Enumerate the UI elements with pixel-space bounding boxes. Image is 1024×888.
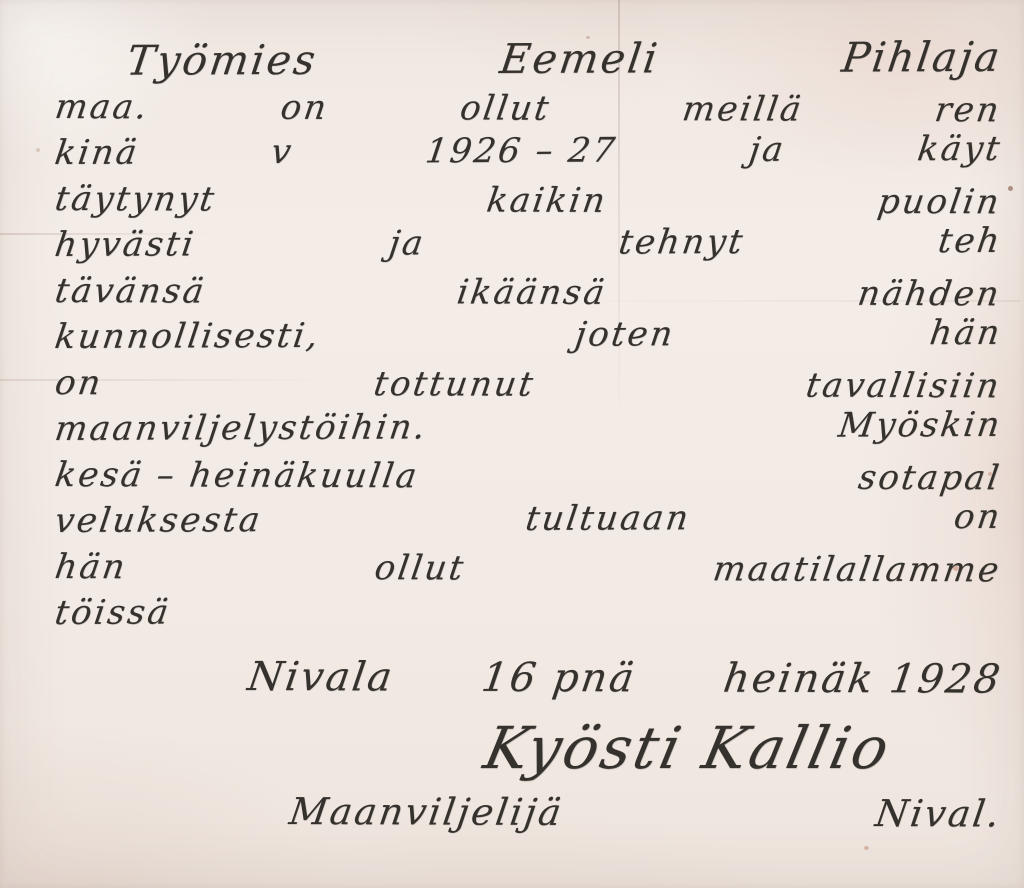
handwriting-line: hyvästijatehnytteh bbox=[52, 218, 1005, 268]
handwriting-word: ja bbox=[386, 220, 428, 266]
handwriting-word: hän bbox=[52, 544, 130, 590]
handwriting-word: kinä bbox=[52, 130, 142, 176]
dateline: Nivala16 pnäheinäk 1928 bbox=[244, 648, 1006, 709]
handwriting-word: Työmies bbox=[124, 37, 320, 84]
handwriting-word: Nivala bbox=[244, 648, 398, 707]
handwriting-line: kinäv1926 – 27jakäyt bbox=[52, 126, 1005, 176]
handwriting-word: Nival. bbox=[872, 788, 1005, 840]
handwriting-word: on bbox=[951, 494, 1005, 540]
handwriting-word: ja bbox=[746, 127, 788, 173]
handwriting-word: joten bbox=[572, 311, 678, 357]
letter-page: TyömiesEemeliPihlajamaa.onollutmeillären… bbox=[0, 0, 1024, 888]
letter-text: TyömiesEemeliPihlajamaa.onollutmeillären… bbox=[52, 38, 998, 888]
paper-speck bbox=[1008, 186, 1013, 191]
handwriting-line: maanviljelystöihin.Myöskin bbox=[52, 402, 1005, 452]
letter-body: TyömiesEemeliPihlajamaa.onollutmeillären… bbox=[52, 38, 998, 636]
handwriting-line: töissä bbox=[52, 586, 1005, 636]
handwriting-word: hyvästi bbox=[52, 221, 198, 268]
handwriting-word: ikäänsä bbox=[454, 269, 610, 316]
handwriting-word: maanviljelystöihin. bbox=[52, 404, 430, 452]
handwriting-word: tottunut bbox=[371, 361, 538, 408]
handwriting-word: kunnollisesti, bbox=[52, 313, 323, 360]
handwriting-word: käyt bbox=[915, 126, 1005, 172]
handwriting-word: veluksesta bbox=[52, 497, 265, 544]
signature-title: MaanviljelijäNival. bbox=[286, 786, 1005, 840]
handwriting-word: 16 pnä bbox=[478, 649, 640, 708]
handwriting-word: v bbox=[268, 129, 296, 175]
handwriting-line: TyömiesEemeliPihlaja bbox=[52, 34, 1005, 84]
signature-name: Kyösti Kallio bbox=[406, 710, 970, 786]
handwriting-word: tehnyt bbox=[616, 219, 748, 266]
handwriting-word: kesä – heinäkuulla bbox=[52, 452, 422, 499]
handwriting-line: kunnollisesti,jotenhän bbox=[52, 310, 1005, 360]
handwriting-word: teh bbox=[935, 218, 1004, 264]
handwriting-word: töissä bbox=[52, 589, 174, 636]
handwriting-word: on bbox=[52, 360, 106, 406]
handwriting-word: Eemeli bbox=[497, 35, 662, 82]
handwriting-word: 1926 – 27 bbox=[423, 128, 620, 175]
handwriting-word: ollut bbox=[457, 85, 554, 131]
handwriting-word: heinäk 1928 bbox=[720, 650, 1006, 709]
handwriting-word: on bbox=[278, 85, 332, 131]
handwriting-word: Myöskin bbox=[836, 402, 1005, 449]
handwriting-word: meillä bbox=[679, 86, 806, 132]
handwriting-word: ollut bbox=[372, 545, 469, 591]
handwriting-word: tävänsä bbox=[52, 268, 209, 315]
paper-speck bbox=[36, 148, 40, 152]
handwriting-word: tultuaan bbox=[523, 495, 694, 542]
handwriting-word: täytynyt bbox=[52, 176, 219, 223]
handwriting-word: kaikin bbox=[484, 178, 611, 224]
handwriting-word: Maanviljelijä bbox=[286, 786, 567, 839]
handwriting-word: Pihlaja bbox=[839, 34, 1005, 81]
handwriting-line: veluksestatultuaanon bbox=[52, 494, 1005, 544]
handwriting-word: hän bbox=[927, 310, 1005, 356]
handwriting-word: maa. bbox=[52, 84, 152, 130]
